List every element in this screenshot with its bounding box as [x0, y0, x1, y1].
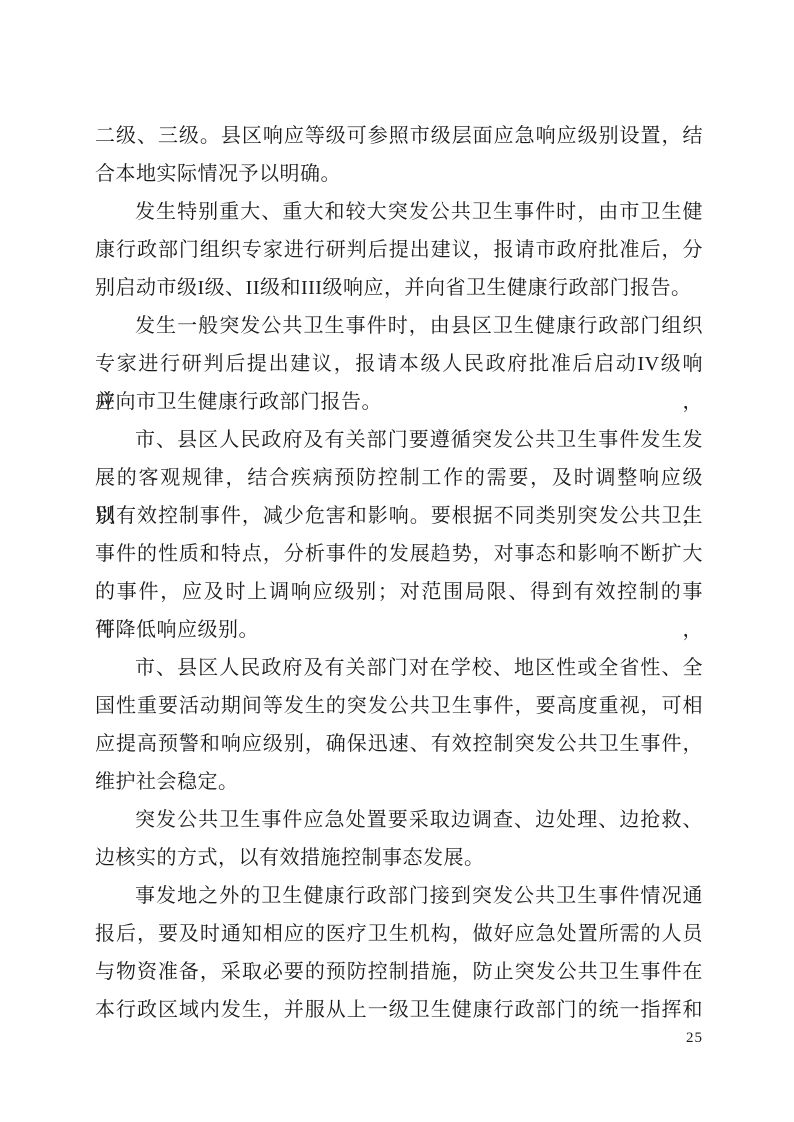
text-line: 以有效控制事件，减少危害和影响。要根据不同类别突发公共卫生: [95, 497, 703, 535]
text-line: 事发地之外的卫生健康行政部门接到突发公共卫生事件情况通: [95, 877, 703, 915]
text-line: 边核实的方式，以有效措施控制事态发展。: [95, 839, 703, 877]
text-line: 的事件，应及时上调响应级别；对范围局限、得到有效控制的事件，: [95, 573, 703, 611]
text-line: 突发公共卫生事件应急处置要采取边调查、边处理、边抢救、: [95, 801, 703, 839]
text-line: 康行政部门组织专家进行研判后提出建议，报请市政府批准后，分: [95, 231, 703, 269]
text-line: 展的客观规律，结合疾病预防控制工作的需要，及时调整响应级别，: [95, 459, 703, 497]
text-line: 别启动市级I级、II级和III级响应，并向省卫生健康行政部门报告。: [95, 269, 703, 307]
text-line: 二级、三级。县区响应等级可参照市级层面应急响应级别设置，结: [95, 117, 703, 155]
text-line: 国性重要活动期间等发生的突发公共卫生事件，要高度重视，可相: [95, 687, 703, 725]
text-line: 与物资准备，采取必要的预防控制措施，防止突发公共卫生事件在: [95, 953, 703, 991]
text-line: 事件的性质和特点，分析事件的发展趋势，对事态和影响不断扩大: [95, 535, 703, 573]
text-line: 合本地实际情况予以明确。: [95, 155, 703, 193]
text-line: 本行政区域内发生，并服从上一级卫生健康行政部门的统一指挥和: [95, 991, 703, 1029]
text-line: 市、县区人民政府及有关部门对在学校、地区性或全省性、全: [95, 649, 703, 687]
page-number: 25: [95, 1030, 703, 1047]
text-line: 维护社会稳定。: [95, 763, 703, 801]
text-line: 市、县区人民政府及有关部门要遵循突发公共卫生事件发生发: [95, 421, 703, 459]
text-line: 发生一般突发公共卫生事件时，由县区卫生健康行政部门组织: [95, 307, 703, 345]
text-body: 二级、三级。县区响应等级可参照市级层面应急响应级别设置，结 合本地实际情况予以明…: [95, 117, 703, 1029]
text-line: 报后，要及时通知相应的医疗卫生机构，做好应急处置所需的人员: [95, 915, 703, 953]
text-line: 发生特别重大、重大和较大突发公共卫生事件时，由市卫生健: [95, 193, 703, 231]
text-line: 应提高预警和响应级别，确保迅速、有效控制突发公共卫生事件，: [95, 725, 703, 763]
text-line: 专家进行研判后提出建议，报请本级人民政府批准后启动IV级响应，: [95, 345, 703, 383]
document-page: 二级、三级。县区响应等级可参照市级层面应急响应级别设置，结 合本地实际情况予以明…: [0, 0, 794, 1122]
